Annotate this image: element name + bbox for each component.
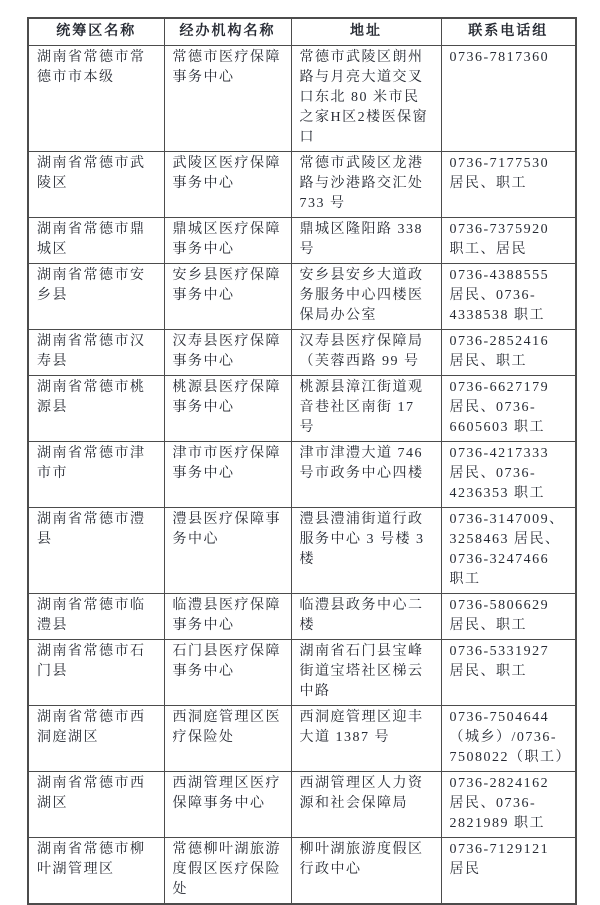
cell-address: 汉寿县医疗保障局（芙蓉西路 99 号 — [291, 330, 441, 376]
cell-region: 湖南省常德市桃源县 — [28, 376, 164, 442]
cell-address: 澧县澧浦街道行政服务中心 3 号楼 3 楼 — [291, 508, 441, 594]
cell-region: 湖南省常德市柳叶湖管理区 — [28, 838, 164, 905]
cell-region: 湖南省常德市西湖区 — [28, 772, 164, 838]
table-row: 湖南省常德市安乡县安乡县医疗保障事务中心安乡县安乡大道政务服务中心四楼医保局办公… — [28, 264, 576, 330]
column-header-3: 联系电话组 — [441, 18, 576, 46]
cell-agency: 西洞庭管理区医疗保险处 — [164, 706, 291, 772]
cell-region: 湖南省常德市安乡县 — [28, 264, 164, 330]
cell-region: 湖南省常德市常德市市本级 — [28, 46, 164, 152]
cell-address: 西湖管理区人力资源和社会保障局 — [291, 772, 441, 838]
cell-region: 湖南省常德市西洞庭湖区 — [28, 706, 164, 772]
insurance-agency-table: 统筹区名称经办机构名称地址联系电话组 湖南省常德市常德市市本级常德市医疗保障事务… — [27, 17, 577, 905]
cell-phone: 0736-7504644（城乡）/0736-7508022（职工） — [441, 706, 576, 772]
cell-address: 柳叶湖旅游度假区行政中心 — [291, 838, 441, 905]
column-header-2: 地址 — [291, 18, 441, 46]
column-header-0: 统筹区名称 — [28, 18, 164, 46]
cell-agency: 桃源县医疗保障事务中心 — [164, 376, 291, 442]
cell-region: 湖南省常德市澧县 — [28, 508, 164, 594]
table-header-row: 统筹区名称经办机构名称地址联系电话组 — [28, 18, 576, 46]
cell-agency: 常德柳叶湖旅游度假区医疗保险处 — [164, 838, 291, 905]
table-row: 湖南省常德市石门县石门县医疗保障事务中心湖南省石门县宝峰街道宝塔社区梯云中路07… — [28, 640, 576, 706]
cell-region: 湖南省常德市武陵区 — [28, 152, 164, 218]
cell-address: 湖南省石门县宝峰街道宝塔社区梯云中路 — [291, 640, 441, 706]
cell-address: 安乡县安乡大道政务服务中心四楼医保局办公室 — [291, 264, 441, 330]
cell-address: 常德市武陵区龙港路与沙港路交汇处 733 号 — [291, 152, 441, 218]
cell-phone: 0736-7129121 居民 — [441, 838, 576, 905]
cell-region: 湖南省常德市鼎城区 — [28, 218, 164, 264]
table-row: 湖南省常德市常德市市本级常德市医疗保障事务中心常德市武陵区朗州路与月亮大道交叉口… — [28, 46, 576, 152]
cell-agency: 临澧县医疗保障事务中心 — [164, 594, 291, 640]
cell-address: 常德市武陵区朗州路与月亮大道交叉口东北 80 米市民之家H区2楼医保窗口 — [291, 46, 441, 152]
cell-phone: 0736-3147009、3258463 居民、0736-3247466 职工 — [441, 508, 576, 594]
cell-phone: 0736-5806629 居民、职工 — [441, 594, 576, 640]
table-row: 湖南省常德市武陵区武陵区医疗保障事务中心常德市武陵区龙港路与沙港路交汇处 733… — [28, 152, 576, 218]
cell-agency: 常德市医疗保障事务中心 — [164, 46, 291, 152]
table-row: 湖南省常德市西洞庭湖区西洞庭管理区医疗保险处西洞庭管理区迎丰大道 1387 号0… — [28, 706, 576, 772]
cell-region: 湖南省常德市汉寿县 — [28, 330, 164, 376]
cell-phone: 0736-7177530 居民、职工 — [441, 152, 576, 218]
cell-phone: 0736-4388555 居民、0736-4338538 职工 — [441, 264, 576, 330]
cell-agency: 安乡县医疗保障事务中心 — [164, 264, 291, 330]
cell-phone: 0736-4217333 居民、0736-4236353 职工 — [441, 442, 576, 508]
cell-agency: 武陵区医疗保障事务中心 — [164, 152, 291, 218]
cell-agency: 石门县医疗保障事务中心 — [164, 640, 291, 706]
cell-address: 临澧县政务中心二楼 — [291, 594, 441, 640]
cell-agency: 汉寿县医疗保障事务中心 — [164, 330, 291, 376]
cell-agency: 鼎城区医疗保障事务中心 — [164, 218, 291, 264]
cell-region: 湖南省常德市临澧县 — [28, 594, 164, 640]
cell-region: 湖南省常德市石门县 — [28, 640, 164, 706]
table-row: 湖南省常德市临澧县临澧县医疗保障事务中心临澧县政务中心二楼0736-580662… — [28, 594, 576, 640]
table-row: 湖南省常德市桃源县桃源县医疗保障事务中心桃源县漳江街道观音巷社区南街 17 号0… — [28, 376, 576, 442]
cell-agency: 津市市医疗保障事务中心 — [164, 442, 291, 508]
table-row: 湖南省常德市鼎城区鼎城区医疗保障事务中心鼎城区隆阳路 338 号0736-737… — [28, 218, 576, 264]
cell-address: 津市津澧大道 746 号市政务中心四楼 — [291, 442, 441, 508]
page: 统筹区名称经办机构名称地址联系电话组 湖南省常德市常德市市本级常德市医疗保障事务… — [0, 0, 600, 905]
cell-region: 湖南省常德市津市市 — [28, 442, 164, 508]
cell-phone: 0736-7817360 — [441, 46, 576, 152]
table-row: 湖南省常德市柳叶湖管理区常德柳叶湖旅游度假区医疗保险处柳叶湖旅游度假区行政中心0… — [28, 838, 576, 905]
cell-phone: 0736-2852416 居民、职工 — [441, 330, 576, 376]
cell-phone: 0736-5331927 居民、职工 — [441, 640, 576, 706]
cell-address: 西洞庭管理区迎丰大道 1387 号 — [291, 706, 441, 772]
table-row: 湖南省常德市汉寿县汉寿县医疗保障事务中心汉寿县医疗保障局（芙蓉西路 99 号07… — [28, 330, 576, 376]
cell-agency: 西湖管理区医疗保障事务中心 — [164, 772, 291, 838]
cell-address: 鼎城区隆阳路 338 号 — [291, 218, 441, 264]
cell-phone: 0736-2824162 居民、0736-2821989 职工 — [441, 772, 576, 838]
cell-agency: 澧县医疗保障事务中心 — [164, 508, 291, 594]
table-row: 湖南省常德市津市市津市市医疗保障事务中心津市津澧大道 746 号市政务中心四楼0… — [28, 442, 576, 508]
table-row: 湖南省常德市西湖区西湖管理区医疗保障事务中心西湖管理区人力资源和社会保障局073… — [28, 772, 576, 838]
cell-address: 桃源县漳江街道观音巷社区南街 17 号 — [291, 376, 441, 442]
cell-phone: 0736-6627179 居民、0736-6605603 职工 — [441, 376, 576, 442]
table-row: 湖南省常德市澧县澧县医疗保障事务中心澧县澧浦街道行政服务中心 3 号楼 3 楼0… — [28, 508, 576, 594]
cell-phone: 0736-7375920 职工、居民 — [441, 218, 576, 264]
column-header-1: 经办机构名称 — [164, 18, 291, 46]
